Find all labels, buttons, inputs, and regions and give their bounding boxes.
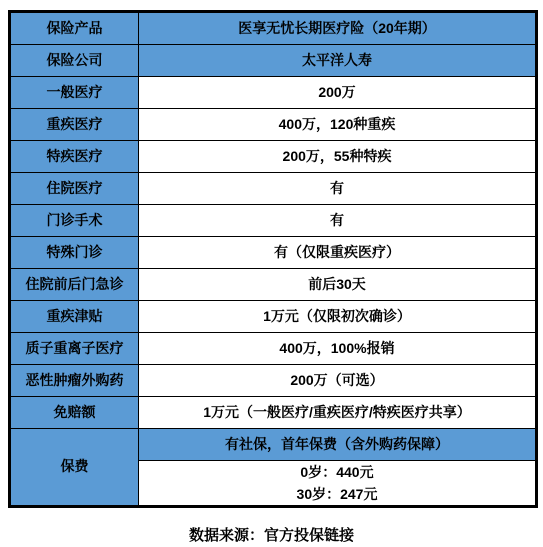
row-label-premium: 保费 bbox=[10, 429, 139, 507]
table-row: 保费 有社保，首年保费（含外购药保障） bbox=[10, 429, 537, 461]
row-label-company: 保险公司 bbox=[10, 45, 139, 77]
table-row: 住院前后门急诊 前后30天 bbox=[10, 269, 537, 301]
table-row: 保险产品 医享无忧长期医疗险（20年期） bbox=[10, 12, 537, 45]
table-row: 特疾医疗 200万，55种特疾 bbox=[10, 141, 537, 173]
row-value-deductible: 1万元（一般医疗/重疾医疗/特疾医疗共享） bbox=[139, 397, 537, 429]
data-source-note: 数据来源：官方投保链接 bbox=[0, 524, 543, 545]
row-label-deductible: 免赔额 bbox=[10, 397, 139, 429]
row-value-special-disease-medical: 200万，55种特疾 bbox=[139, 141, 537, 173]
table-row: 保险公司 太平洋人寿 bbox=[10, 45, 537, 77]
row-label-special-disease-medical: 特疾医疗 bbox=[10, 141, 139, 173]
row-value-general-medical: 200万 bbox=[139, 77, 537, 109]
table-row: 一般医疗 200万 bbox=[10, 77, 537, 109]
table-row: 质子重离子医疗 400万，100%报销 bbox=[10, 333, 537, 365]
row-label-pre-post-hospital-outpatient: 住院前后门急诊 bbox=[10, 269, 139, 301]
row-label-product: 保险产品 bbox=[10, 12, 139, 45]
insurance-comparison-table: 保险产品 医享无忧长期医疗险（20年期） 保险公司 太平洋人寿 一般医疗 200… bbox=[8, 10, 538, 508]
row-value-company: 太平洋人寿 bbox=[139, 45, 537, 77]
row-label-special-outpatient: 特殊门诊 bbox=[10, 237, 139, 269]
row-value-critical-illness-allowance: 1万元（仅限初次确诊） bbox=[139, 301, 537, 333]
row-value-critical-illness-medical: 400万，120种重疾 bbox=[139, 109, 537, 141]
table-row: 免赔额 1万元（一般医疗/重疾医疗/特疾医疗共享） bbox=[10, 397, 537, 429]
row-label-outpatient-surgery: 门诊手术 bbox=[10, 205, 139, 237]
insurance-table-sheet: 保险产品 医享无忧长期医疗险（20年期） 保险公司 太平洋人寿 一般医疗 200… bbox=[0, 0, 543, 547]
row-value-cancer-external-drugs: 200万（可选） bbox=[139, 365, 537, 397]
row-label-proton-heavy-ion: 质子重离子医疗 bbox=[10, 333, 139, 365]
table-row: 重疾医疗 400万，120种重疾 bbox=[10, 109, 537, 141]
table-row: 重疾津贴 1万元（仅限初次确诊） bbox=[10, 301, 537, 333]
table-row: 恶性肿瘤外购药 200万（可选） bbox=[10, 365, 537, 397]
row-value-hospitalization: 有 bbox=[139, 173, 537, 205]
row-label-critical-illness-allowance: 重疾津贴 bbox=[10, 301, 139, 333]
row-value-proton-heavy-ion: 400万，100%报销 bbox=[139, 333, 537, 365]
table-row: 特殊门诊 有（仅限重疾医疗） bbox=[10, 237, 537, 269]
table-row: 门诊手术 有 bbox=[10, 205, 537, 237]
row-label-hospitalization: 住院医疗 bbox=[10, 173, 139, 205]
table-row: 住院医疗 有 bbox=[10, 173, 537, 205]
row-label-cancer-external-drugs: 恶性肿瘤外购药 bbox=[10, 365, 139, 397]
row-value-pre-post-hospital-outpatient: 前后30天 bbox=[139, 269, 537, 301]
row-value-special-outpatient: 有（仅限重疾医疗） bbox=[139, 237, 537, 269]
premium-header-cell: 有社保，首年保费（含外购药保障） bbox=[139, 429, 537, 461]
row-value-outpatient-surgery: 有 bbox=[139, 205, 537, 237]
row-label-critical-illness-medical: 重疾医疗 bbox=[10, 109, 139, 141]
row-label-general-medical: 一般医疗 bbox=[10, 77, 139, 109]
premium-age-cell: 0岁：440元 30岁：247元 bbox=[139, 461, 537, 507]
row-value-product: 医享无忧长期医疗险（20年期） bbox=[139, 12, 537, 45]
premium-age-30-line: 30岁：247元 bbox=[139, 483, 535, 505]
premium-age-0-line: 0岁：440元 bbox=[139, 461, 535, 483]
